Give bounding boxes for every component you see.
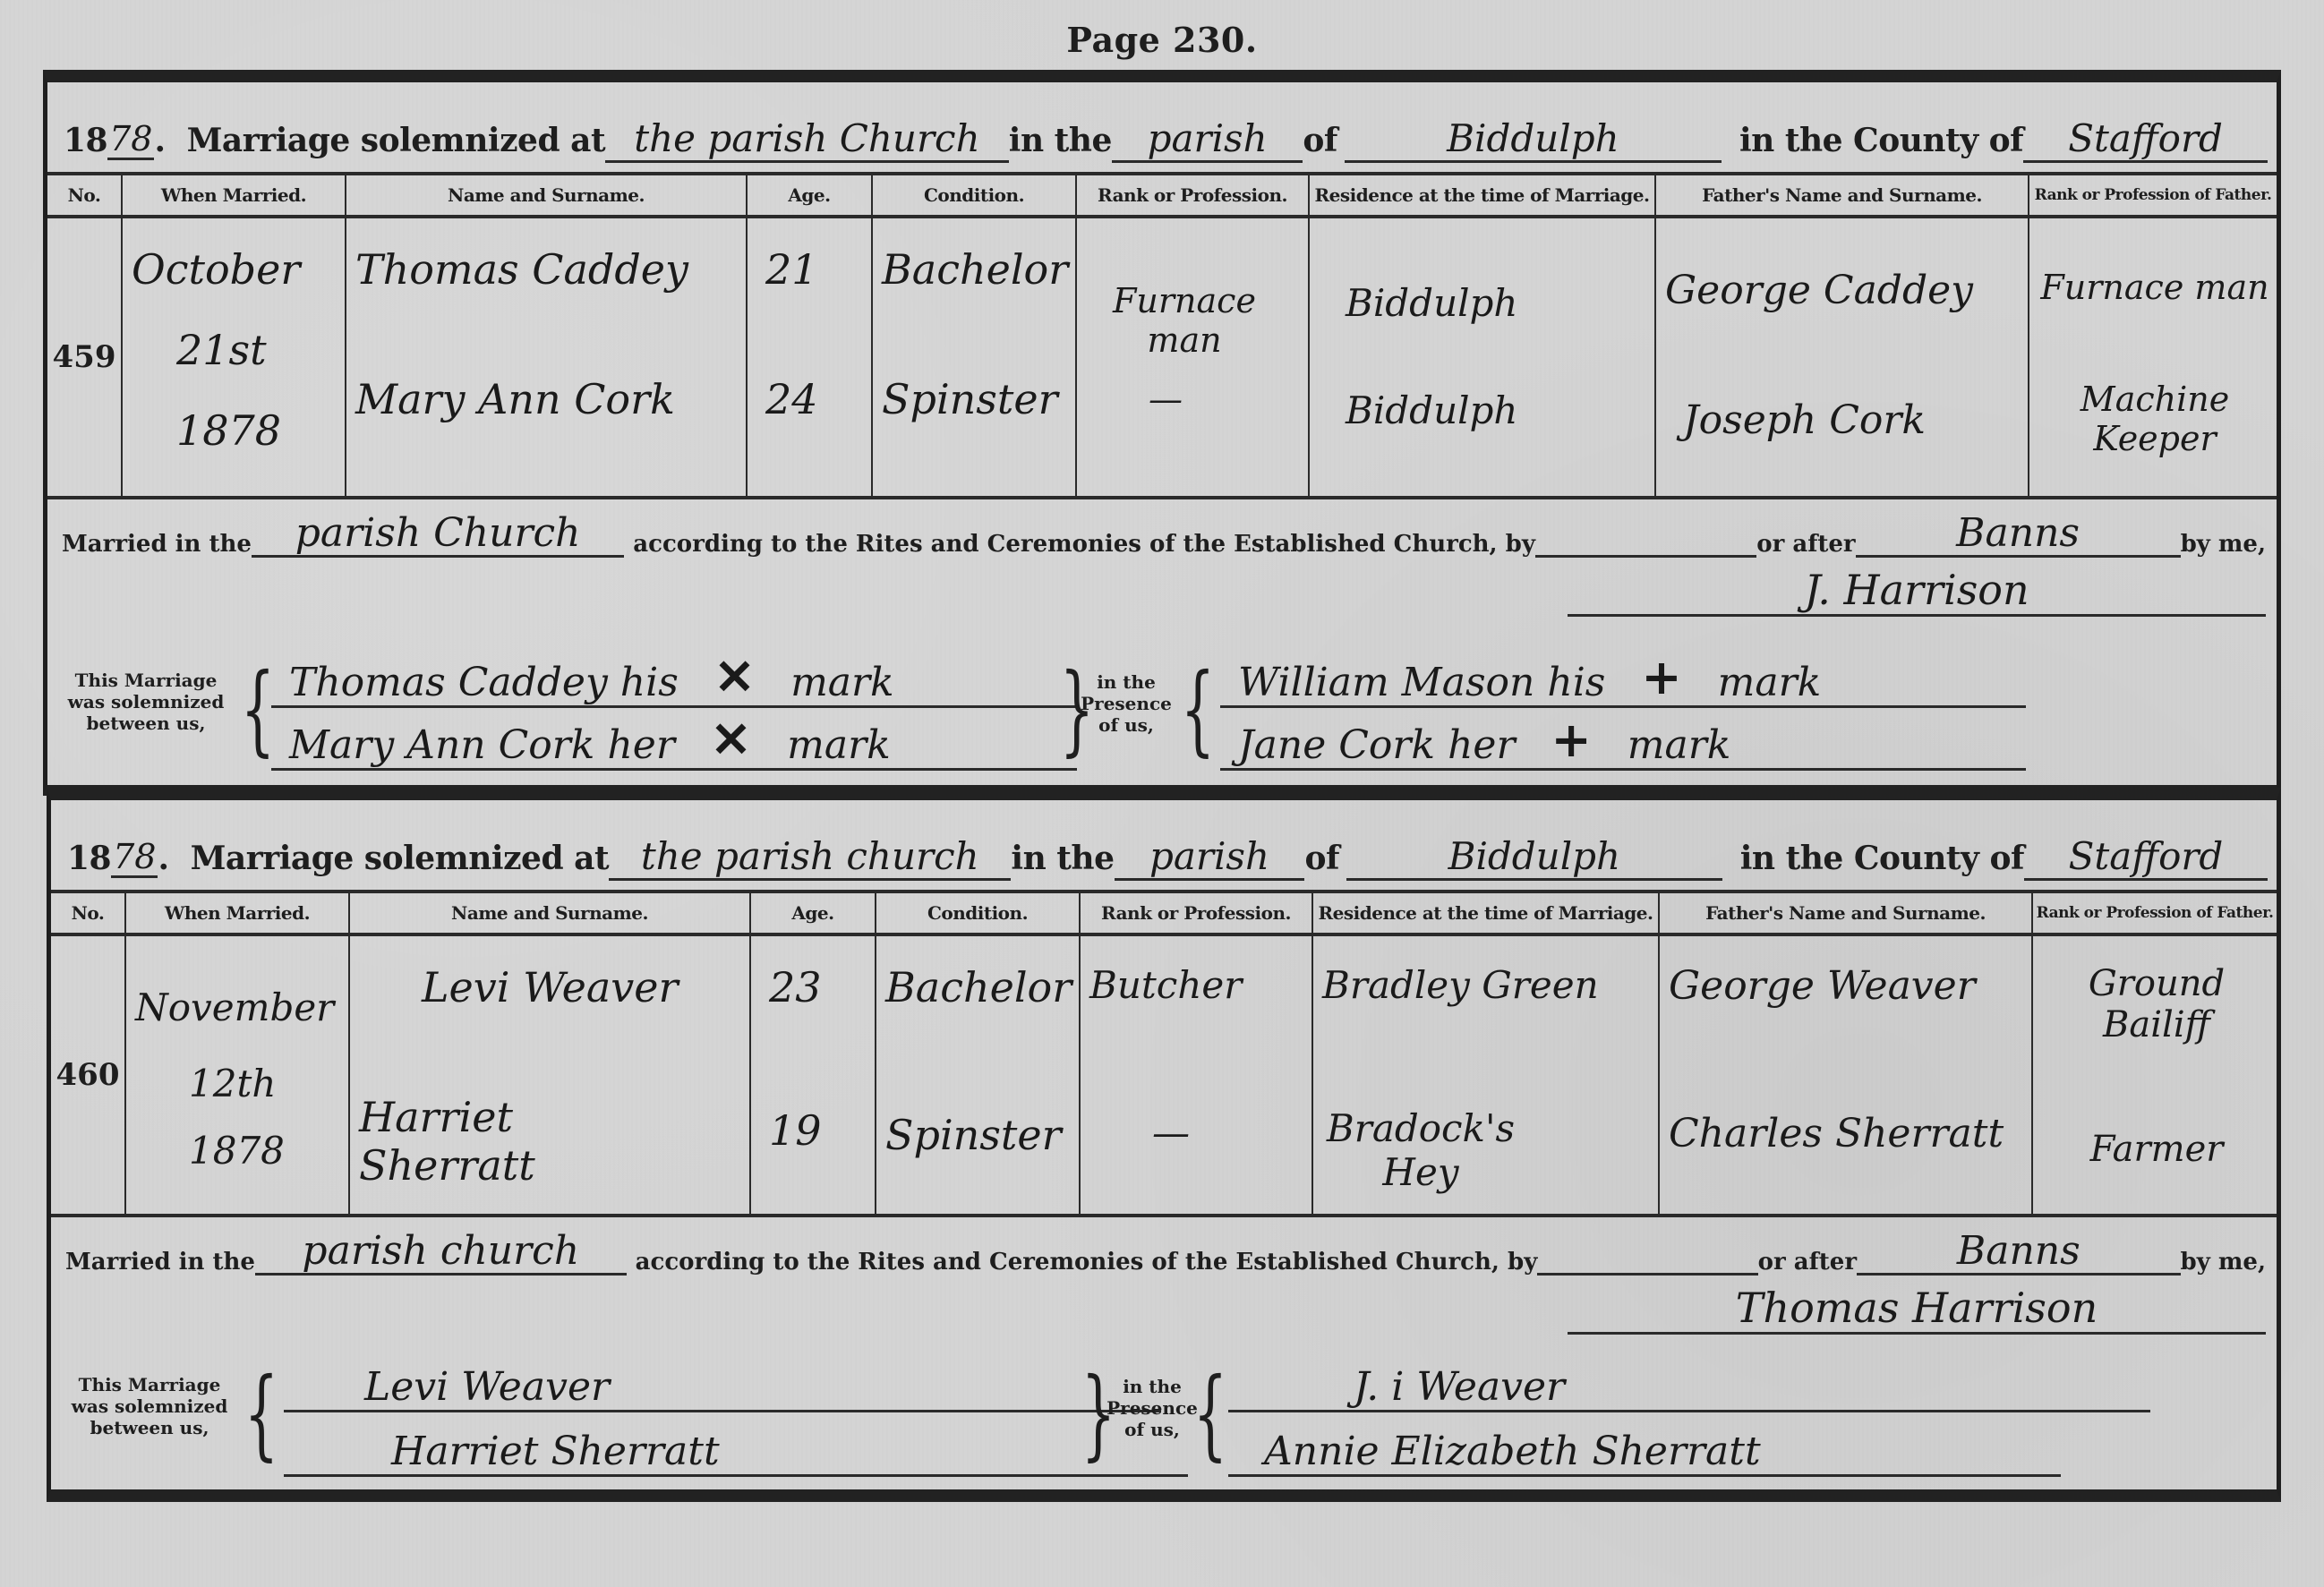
father-professions: Ground Bailiff Farmer	[2033, 936, 2277, 1214]
col-residence: Residence at the time of Marriage.	[1310, 175, 1656, 215]
left-brace: {	[241, 646, 276, 772]
professions: Butcher —	[1081, 936, 1313, 1214]
fathers: George Weaver Charles Sherratt	[1660, 936, 2033, 1214]
parish-name: Biddulph	[1346, 836, 1722, 880]
register-table: No. When Married. Name and Surname. Age.…	[47, 172, 2277, 499]
county: Stafford	[2024, 836, 2268, 880]
conditions: Bachelor Spinster	[876, 936, 1081, 1214]
this-marriage-label: This Marriage was solemnized between us,	[56, 670, 235, 734]
groom-name: Thomas Caddey	[355, 245, 740, 294]
when-married: November 12th 1878	[126, 936, 350, 1214]
when-married: October 21st 1878	[123, 218, 346, 496]
witness-2-signature: Jane Cork her + mark	[1220, 709, 2026, 771]
year-suffix: 78	[111, 839, 158, 879]
county: Stafford	[2023, 118, 2268, 162]
father-professions: Furnace man Machine Keeper	[2029, 218, 2277, 496]
col-father: Father's Name and Surname.	[1656, 175, 2029, 215]
witness-1-signature: William Mason his + mark	[1220, 646, 2026, 708]
this-marriage-label: This Marriage was solemnized between us,	[60, 1374, 239, 1438]
married-in-line: Married in the parish Church according t…	[62, 512, 2266, 558]
married-in: parish church	[255, 1230, 627, 1276]
married-in: parish Church	[252, 512, 624, 558]
by-license	[1537, 1273, 1757, 1276]
residences: Biddulph Biddulph	[1310, 218, 1656, 496]
year-prefix: 18	[67, 840, 111, 877]
table-row: 460 November 12th 1878 Levi Weaver Harri…	[51, 936, 2277, 1217]
page-title: Page 230.	[0, 20, 2324, 60]
parish-name: Biddulph	[1345, 118, 1722, 162]
residences: Bradley Green Bradock's Hey	[1313, 936, 1660, 1214]
names: Levi Weaver Harriet Sherratt	[350, 936, 751, 1214]
bride-name: Harriet Sherratt	[359, 1093, 628, 1190]
year-suffix: 78	[107, 121, 154, 161]
register-table: No. When Married. Name and Surname. Age.…	[51, 890, 2277, 1217]
entry-number: 459	[47, 218, 123, 496]
witness-brace: {	[1181, 646, 1216, 772]
in-presence-label: in the Presence of us,	[1103, 1376, 1201, 1440]
signatures-section: This Marriage was solemnized between us,…	[60, 1351, 2266, 1485]
signatures-section: This Marriage was solemnized between us,…	[56, 646, 2266, 781]
conditions: Bachelor Spinster	[873, 218, 1077, 496]
in-presence-label: in the Presence of us,	[1077, 671, 1175, 736]
after-banns: Banns	[1857, 1230, 2181, 1276]
col-no: No.	[47, 175, 123, 215]
county-label: in the County of	[1740, 840, 2024, 877]
marriage-solemnized-label: Marriage solemnized at	[191, 840, 610, 877]
place: the parish church	[609, 836, 1011, 880]
table-header: No. When Married. Name and Surname. Age.…	[47, 175, 2277, 218]
county-label: in the County of	[1739, 122, 2023, 159]
left-brace: {	[244, 1351, 279, 1476]
of-label: of	[1303, 122, 1337, 159]
in-the-label: in the	[1009, 122, 1112, 159]
col-when-married: When Married.	[123, 175, 346, 215]
marriage-entry-459: 18 78 . Marriage solemnized at the paris…	[43, 70, 2281, 796]
witness-brace: {	[1193, 1351, 1228, 1476]
bride-name: Mary Ann Cork	[355, 375, 740, 423]
col-profession: Rank or Profession.	[1081, 893, 1313, 933]
col-father-profession: Rank or Profession of Father.	[2033, 893, 2277, 933]
col-when-married: When Married.	[126, 893, 350, 933]
entry-headline: 18 78 . Marriage solemnized at the paris…	[64, 100, 2268, 181]
of-label: of	[1304, 840, 1339, 877]
marriage-solemnized-label: Marriage solemnized at	[187, 122, 606, 159]
col-father: Father's Name and Surname.	[1660, 893, 2033, 933]
col-name: Name and Surname.	[346, 175, 748, 215]
col-father-profession: Rank or Profession of Father.	[2029, 175, 2277, 215]
witness-1-signature: J. i Weaver	[1228, 1351, 2150, 1412]
marriage-entry-460: 18 78 . Marriage solemnized at the paris…	[47, 788, 2281, 1502]
col-residence: Residence at the time of Marriage.	[1313, 893, 1660, 933]
entry-headline: 18 78 . Marriage solemnized at the paris…	[67, 818, 2268, 899]
col-condition: Condition.	[873, 175, 1077, 215]
table-row: 459 October 21st 1878 Thomas Caddey Mary…	[47, 218, 2277, 499]
col-age: Age.	[748, 175, 873, 215]
after-banns: Banns	[1856, 512, 2181, 558]
in-the-label: in the	[1011, 840, 1114, 877]
parish-word: parish	[1115, 836, 1305, 880]
ages: 21 24	[748, 218, 873, 496]
officiant-signature: J. Harrison	[1568, 566, 2266, 617]
col-profession: Rank or Profession.	[1077, 175, 1310, 215]
married-in-line: Married in the parish church according t…	[65, 1230, 2266, 1276]
bride-signature: Mary Ann Cork her ✕ mark	[271, 709, 1077, 771]
groom-signature: Levi Weaver	[284, 1351, 1161, 1412]
col-age: Age.	[751, 893, 876, 933]
col-no: No.	[51, 893, 126, 933]
col-condition: Condition.	[876, 893, 1081, 933]
bride-signature: Harriet Sherratt	[284, 1415, 1188, 1477]
names: Thomas Caddey Mary Ann Cork	[346, 218, 748, 496]
parish-word: parish	[1112, 118, 1303, 162]
groom-signature: Thomas Caddey his ✕ mark	[271, 646, 1077, 708]
year-prefix: 18	[64, 122, 107, 159]
ages: 23 19	[751, 936, 876, 1214]
col-name: Name and Surname.	[350, 893, 751, 933]
witness-2-signature: Annie Elizabeth Sherratt	[1228, 1415, 2061, 1477]
entry-number: 460	[51, 936, 126, 1214]
by-license	[1535, 555, 1756, 558]
table-header: No. When Married. Name and Surname. Age.…	[51, 893, 2277, 936]
fathers: George Caddey Joseph Cork	[1656, 218, 2029, 496]
groom-name: Levi Weaver	[422, 963, 744, 1011]
officiant-signature: Thomas Harrison	[1568, 1284, 2266, 1335]
professions: Furnace man —	[1077, 218, 1310, 496]
place: the parish Church	[605, 118, 1009, 162]
